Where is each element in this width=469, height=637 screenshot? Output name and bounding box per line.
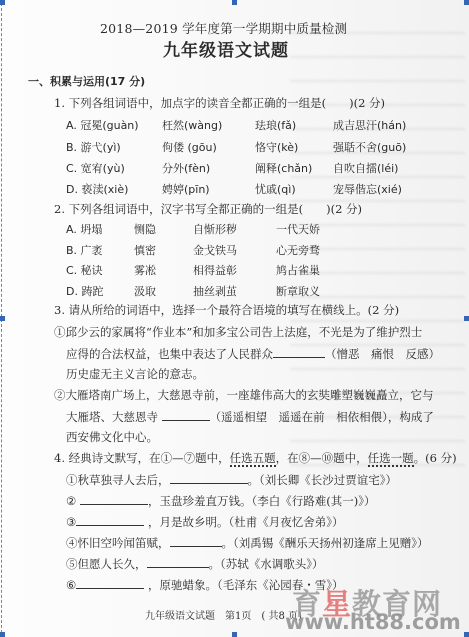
- watermark-url: www.ht88.com: [285, 610, 461, 634]
- question-3-stem: 3. 请从所给的词语中，选择一个最符合语境的填写在横线上。(2 分): [54, 303, 399, 317]
- q2-option-c-2: 雾凇: [134, 262, 156, 278]
- q1-option-d-4: 宠辱偕忘(xié): [333, 181, 402, 197]
- q4-item-3: ③ ，月是故乡明。（杜甫《月夜忆舍弟》）: [66, 514, 343, 529]
- q1-option-b-4: 强聒不舍(guō): [333, 139, 406, 155]
- answer-blank[interactable]: [170, 472, 248, 484]
- term-title: 2018—2019 学年度第一学期期中质量检测: [100, 22, 347, 36]
- q2-option-c-4: 鸠占雀巢: [276, 262, 320, 278]
- q2-option-d-2: 汲取: [134, 283, 156, 299]
- q1-option-b-2: 佝偻 (gōu): [162, 139, 217, 155]
- q2-option-c-1: C. 秘诀: [66, 262, 103, 278]
- poem-source: ，玉盘珍羞直万钱。（李白《行路难(其一)》）: [148, 494, 375, 508]
- poem-prompt: ②: [66, 494, 76, 508]
- q2-option-b-4: 心无旁骛: [276, 242, 320, 258]
- q2-option-d-3: 抽丝剥茧: [193, 283, 237, 299]
- q3-item2-text: 大雁塔、大慈恩寺: [66, 410, 158, 424]
- q1-option-d-3: 忧戚(qì): [255, 181, 296, 197]
- resize-handle-top-left[interactable]: [0, 0, 5, 5]
- poem-source: ，月是故乡明。（杜甫《月夜忆舍弟》）: [148, 515, 344, 529]
- resize-handle-bottom-center[interactable]: [232, 632, 237, 637]
- q1-option-c-3: 阐释(chǎn): [255, 160, 312, 176]
- poem-prompt: ③: [66, 515, 76, 529]
- q4-stem-part: 。(6 分): [414, 451, 457, 465]
- poem-source: 。（刘长卿《长沙过贾谊宅》）: [248, 473, 398, 487]
- answer-blank[interactable]: [80, 493, 148, 505]
- q4-stem-part: 4. 经典诗文默写，在①—⑦题中，: [54, 451, 230, 465]
- q2-option-a-3: 自惭形秽: [193, 221, 237, 237]
- q3-item2-line2: 大雁塔、大慈恩寺 （遥遥相望 遥遥在前 相依相偎），构成了: [66, 409, 434, 424]
- resize-handle-top-right[interactable]: [464, 0, 469, 5]
- exam-title: 九年级语文试题: [163, 44, 289, 58]
- q2-option-c-3: 相得益彰: [193, 262, 237, 278]
- q4-item-5: ⑤但愿人长久，。（苏轼《水调歌头》）: [66, 556, 324, 571]
- q2-option-a-2: 恻隐: [134, 221, 156, 237]
- q1-option-d-1: D. 亵渎(xiè): [66, 181, 128, 197]
- q2-option-a-1: A. 坍塌: [66, 221, 102, 237]
- q1-option-c-4: 自吹自擂(léi): [333, 160, 398, 176]
- q1-option-b-3: 恪守(kè): [255, 139, 298, 155]
- q3-item2-line1: ②大雁塔南广场上，大慈恩寺前，一座雄伟高大的玄奘雕塑巍巍矗立，它与: [54, 388, 434, 402]
- q1-option-d-2: 娉婷(pīn): [162, 181, 210, 197]
- answer-blank[interactable]: [273, 346, 325, 358]
- poem-prompt: ①秋草独寻人去后，: [66, 473, 170, 487]
- q1-option-a-2: 枉然(wàng): [162, 117, 222, 133]
- q4-item-4: ④怀旧空吟闻笛赋，。（刘禹锡《酬乐天扬州初逢席上见赠》）: [66, 535, 429, 550]
- q2-option-b-1: B. 广袤: [66, 242, 103, 258]
- exam-page: 2018—2019 学年度第一学期期中质量检测 九年级语文试题 一、积累与运用(…: [0, 0, 469, 637]
- q3-item2-line3: 西安佛文化中心。: [66, 430, 158, 444]
- question-1-stem: 1. 下列各组词语中，加点字的读音全都正确的一组是( )(2 分): [54, 96, 385, 110]
- q4-item-2: ② ，玉盘珍羞直万钱。（李白《行路难(其一)》）: [66, 493, 375, 508]
- poem-source: 。（刘禹锡《酬乐天扬州初逢席上见赠》）: [222, 536, 429, 550]
- q2-option-a-4: 一代天娇: [276, 221, 320, 237]
- q1-option-a-3: 珐琅(fǎ): [255, 117, 296, 133]
- poem-source: 。（苏轼《水调歌头》）: [209, 557, 324, 571]
- resize-handle-bottom-left[interactable]: [0, 632, 5, 637]
- q3-item1-choices: （憎恶 痛恨 反感）: [325, 347, 440, 361]
- q3-item1-line3: 历史虚无主义言论的意志。: [66, 367, 204, 381]
- q3-item1-text: 应得的合法权益，也集中表达了人民群众: [66, 347, 273, 361]
- q1-option-a-1: A. 冠冕(guàn): [66, 117, 139, 133]
- q4-emphasis-choose-five: 任选五题: [230, 451, 276, 467]
- q1-option-a-4: 成吉思汗(hán): [333, 117, 406, 133]
- q1-option-c-1: C. 宽宥(yù): [66, 160, 125, 176]
- q3-item1-line1: ①邱少云的家属将“作业本”和加多宝公司告上法庭，不光是为了维护烈士: [54, 325, 422, 339]
- answer-blank[interactable]: [170, 535, 222, 547]
- page-footer: 九年级语文试题 第1页 ( 共8 页): [145, 610, 302, 624]
- resize-handle-bottom-right[interactable]: [464, 632, 469, 637]
- answer-blank[interactable]: [76, 577, 144, 589]
- resize-handle-top-center[interactable]: [232, 0, 237, 5]
- q1-option-b-1: B. 游弋(yì): [66, 139, 121, 155]
- q2-option-d-4: 断章取义: [276, 283, 320, 299]
- q4-emphasis-choose-one: 任选一题: [368, 451, 414, 467]
- question-2-stem: 2. 下列各组词语中，汉字书写全都正确的一组是( )(2 分): [54, 202, 362, 216]
- answer-blank[interactable]: [147, 556, 209, 568]
- resize-handle-middle-left[interactable]: [0, 316, 5, 321]
- q4-item-1: ①秋草独寻人去后，。（刘长卿《长沙过贾谊宅》）: [66, 472, 397, 487]
- poem-prompt: ④怀旧空吟闻笛赋，: [66, 536, 170, 550]
- q3-item2-choices: （遥遥相望 遥遥在前 相依相偎），构成了: [210, 410, 434, 424]
- q1-option-c-2: 分外(fèn): [162, 160, 210, 176]
- question-4-stem: 4. 经典诗文默写，在①—⑦题中，任选五题，在⑧—⑩题中，任选一题。(6 分): [54, 451, 457, 465]
- q2-option-d-1: D. 踌跎: [66, 283, 103, 299]
- answer-blank[interactable]: [76, 514, 144, 526]
- q4-stem-part: ，在⑧—⑩题中，: [276, 451, 368, 465]
- poem-prompt: ⑤但愿人长久，: [66, 557, 147, 571]
- q3-item1-line2: 应得的合法权益，也集中表达了人民群众（憎恶 痛恨 反感）: [66, 346, 440, 361]
- q2-option-b-3: 金戈铁马: [193, 242, 237, 258]
- poem-prompt: ⑥: [66, 578, 76, 592]
- answer-blank[interactable]: [162, 409, 210, 421]
- q2-option-b-2: 慎密: [134, 242, 156, 258]
- section-heading: 一、积累与运用(17 分): [28, 75, 145, 89]
